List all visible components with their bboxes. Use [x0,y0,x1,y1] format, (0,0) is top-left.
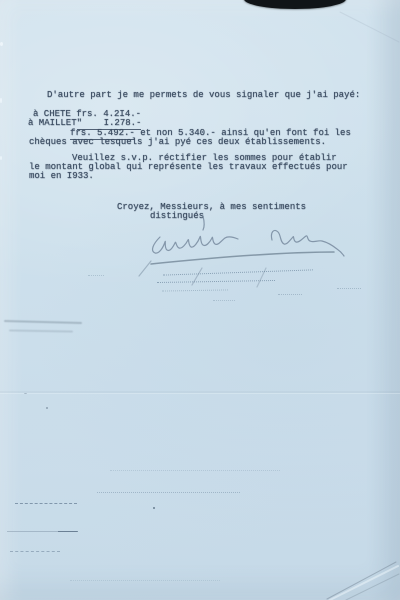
crease-bottom-right-highlight [330,566,398,600]
bleed-dotted-row [88,275,104,276]
signature-underline [151,252,334,264]
signature-word-1 [153,236,238,253]
bleed-dashed-row [10,551,60,552]
edge-speck [0,98,2,103]
paper-creases [0,12,400,600]
bleed-dotted-row [213,300,235,301]
bleed-dotted-row [70,580,220,581]
ink-speck [153,507,155,509]
edge-speck [0,42,3,46]
overlay-graphics [0,0,400,600]
letter-page: D'autre part je me permets de vous signa… [0,0,400,600]
bleed-dotted-row [110,470,280,471]
bleed-dotted-row [97,492,240,493]
signature-descender-1 [139,261,151,276]
bleed-dotted-row [337,288,361,289]
bleed-dashed-row [15,503,77,504]
edge-speck [0,156,2,160]
signature-flourish-tick [203,216,204,230]
signature-descender-2 [192,268,202,285]
bleed-line-dark-segment [58,531,78,532]
handwritten-signature [139,216,344,287]
crease-top-right [340,12,399,42]
ink-speck [46,407,48,409]
bleed-dotted-row [278,294,302,295]
ink-speck [24,393,27,394]
